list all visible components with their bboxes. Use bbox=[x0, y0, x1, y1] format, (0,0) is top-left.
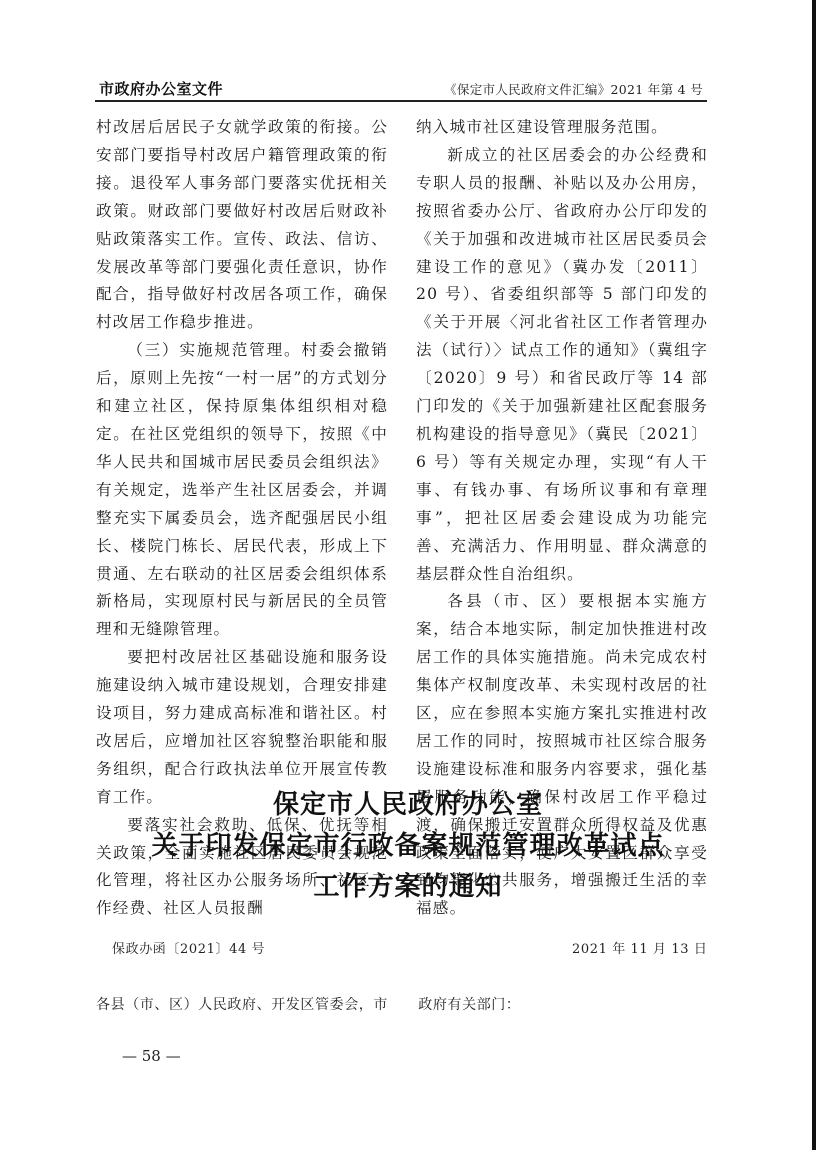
notice-title: 保定市人民政府办公室 关于印发保定市行政备案规范管理改革试点 工作方案的通知 bbox=[0, 785, 816, 908]
title-line: 工作方案的通知 bbox=[0, 867, 816, 908]
header-publication-title: 《保定市人民政府文件汇编》2021 年第 4 号 bbox=[444, 80, 703, 98]
paragraph: 纳入城市社区建设管理服务范围。 bbox=[416, 114, 708, 142]
paragraph: 村改居后居民子女就学政策的衔接。公安部门要指导村改居户籍管理政策的衔接。退役军人… bbox=[96, 114, 388, 337]
document-date: 2021 年 11 月 13 日 bbox=[572, 938, 707, 957]
running-header: 市政府办公室文件 《保定市人民政府文件汇编》2021 年第 4 号 bbox=[95, 76, 707, 102]
paragraph: （三）实施规范管理。村委会撤销后，原则上先按“一村一居”的方式划分和建立社区，保… bbox=[96, 337, 388, 644]
scan-edge-border bbox=[812, 0, 816, 1150]
page-number: — 58 — bbox=[122, 1047, 181, 1065]
header-section-title: 市政府办公室文件 bbox=[99, 78, 223, 99]
addressee-line: 各县（市、区）人民政府、开发区管委会，市 政府有关部门： bbox=[96, 994, 521, 1014]
document-number: 保政办函〔2021〕44 号 bbox=[112, 938, 265, 957]
title-line: 关于印发保定市行政备案规范管理改革试点 bbox=[0, 826, 816, 867]
paragraph: 新成立的社区居委会的办公经费和专职人员的报酬、补贴以及办公用房，按照省委办公厅、… bbox=[416, 142, 708, 589]
title-line: 保定市人民政府办公室 bbox=[0, 785, 816, 826]
